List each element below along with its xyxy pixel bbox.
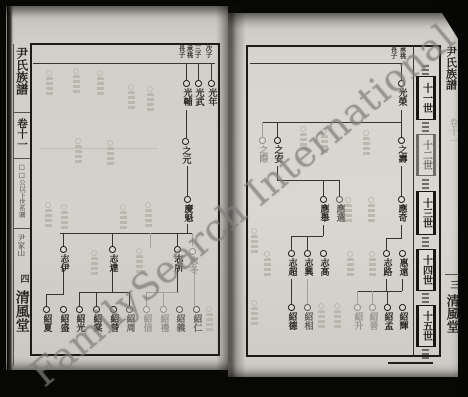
person-name: 紹升 xyxy=(353,312,362,330)
person-name: 志冬 xyxy=(188,256,197,274)
person-node: 應奇 xyxy=(393,196,409,226)
hall-name: 清風堂 xyxy=(444,294,458,333)
bleed-through-text xyxy=(72,68,80,95)
person-circle-icon xyxy=(288,304,295,311)
person-node: 應舉 xyxy=(315,196,331,226)
person-node: 紹義 xyxy=(171,306,187,336)
person-circle-icon xyxy=(336,196,343,203)
person-circle-icon xyxy=(160,306,167,313)
connector-line xyxy=(186,63,187,80)
hall-name: 清風堂 xyxy=(14,290,29,332)
person-circle-icon xyxy=(288,250,295,257)
gen-box-annotation xyxy=(422,65,429,75)
connector-line xyxy=(386,279,387,291)
person-node: 紹光 xyxy=(71,306,87,336)
bleed-through-text xyxy=(127,84,135,111)
connector-line xyxy=(307,236,308,250)
person-name: 紹仁 xyxy=(192,314,201,332)
person-name: 應奇 xyxy=(397,204,406,222)
bleed-through-text xyxy=(144,202,152,229)
person-node: 紹棠 xyxy=(88,306,104,336)
generation-column-divider xyxy=(413,47,414,355)
connector-line xyxy=(323,180,324,196)
sibling-rail xyxy=(60,233,192,234)
relation-label: 三子 xyxy=(194,45,201,58)
person-name: 慶魁 xyxy=(183,204,192,222)
spine-subtitle: □□公以下世系圖 xyxy=(18,163,25,218)
person-circle-icon xyxy=(304,250,311,257)
person-circle-icon xyxy=(109,246,116,253)
connector-line xyxy=(262,122,263,137)
person-name: 紹周 xyxy=(125,314,134,332)
connector-line xyxy=(192,233,193,246)
spine-section-mark xyxy=(13,228,30,229)
relation-label: 長子 xyxy=(178,45,185,58)
person-circle-icon xyxy=(208,80,215,87)
person-node: 之元 xyxy=(177,138,193,168)
person-circle-icon xyxy=(398,80,405,87)
sibling-rail xyxy=(357,291,402,292)
person-name: 之際 xyxy=(258,145,267,163)
connector-line xyxy=(401,110,402,122)
person-name: 志伊 xyxy=(59,254,68,272)
person-circle-icon xyxy=(399,304,406,311)
person-circle-icon xyxy=(60,306,67,313)
right-page-number: 三 xyxy=(448,280,457,289)
top-rule xyxy=(33,63,215,64)
person-node: 紹曾 xyxy=(105,306,121,336)
sibling-rail xyxy=(386,238,402,239)
person-node: 志達 xyxy=(104,246,120,276)
person-circle-icon xyxy=(184,196,191,203)
person-circle-icon xyxy=(183,80,190,87)
person-name: 紹棠 xyxy=(92,314,101,332)
spine-section-mark xyxy=(445,274,458,275)
person-node: 紹夏 xyxy=(38,306,54,336)
person-name: 之壽 xyxy=(397,145,406,163)
person-name: 光武 xyxy=(194,88,203,106)
person-node: 紹升 xyxy=(349,304,365,334)
person-name: 應舉 xyxy=(319,204,328,222)
bleed-through-text xyxy=(205,306,213,333)
connector-line xyxy=(96,292,97,306)
generation-label: 十四世 xyxy=(416,249,436,291)
connector-line xyxy=(386,238,387,250)
bleed-through-text xyxy=(250,228,258,255)
person-circle-icon xyxy=(60,246,67,253)
connector-line xyxy=(186,110,187,138)
generation-label: 十一世 xyxy=(416,76,436,120)
place-name: 尹家山 xyxy=(17,234,25,257)
person-name: 志高 xyxy=(319,258,328,276)
bleed-through-text xyxy=(44,202,52,229)
connector-line xyxy=(211,63,212,80)
connector-line xyxy=(177,233,178,246)
connector-line xyxy=(198,63,199,80)
person-name: 之元 xyxy=(181,146,190,164)
sibling-rail xyxy=(262,122,402,123)
person-name: 志路 xyxy=(382,258,391,276)
person-circle-icon xyxy=(369,304,376,311)
generation-label: 十五世 xyxy=(416,305,436,347)
bleed-through-text xyxy=(250,300,258,327)
person-name: 志興 xyxy=(303,258,312,276)
person-circle-icon xyxy=(193,306,200,313)
book-gutter-shadow xyxy=(216,6,246,377)
person-node: 志超 xyxy=(283,250,299,280)
relation-label: 承祧 xyxy=(399,46,406,59)
relation-label: 承祧 xyxy=(186,45,193,58)
scan-corner-shadow xyxy=(434,0,468,55)
person-circle-icon xyxy=(383,250,390,257)
person-node: 之壽 xyxy=(393,137,409,167)
bleed-through-text xyxy=(263,251,271,278)
person-node: 紹德 xyxy=(283,304,299,334)
connector-line xyxy=(277,166,278,180)
person-name: 紹晉 xyxy=(368,312,377,330)
volume-label: 卷十一 xyxy=(16,118,27,150)
person-circle-icon xyxy=(189,248,196,255)
scan-edge xyxy=(462,0,468,397)
person-circle-icon xyxy=(143,306,150,313)
person-circle-icon xyxy=(93,306,100,313)
person-name: 之安 xyxy=(273,145,282,163)
left-page-number: 四 xyxy=(18,274,27,283)
person-circle-icon xyxy=(259,137,266,144)
connector-line xyxy=(401,122,402,137)
bleed-through-text xyxy=(135,248,143,275)
gen-box-annotation xyxy=(422,237,429,247)
connector-line xyxy=(112,233,113,246)
connector-line xyxy=(291,236,292,250)
person-circle-icon xyxy=(399,250,406,257)
bottom-rule xyxy=(388,362,433,364)
person-circle-icon xyxy=(320,250,327,257)
bleed-through-text xyxy=(96,70,104,97)
person-name: 紹禮 xyxy=(159,314,168,332)
connector-line xyxy=(163,292,164,306)
person-circle-icon xyxy=(76,306,83,313)
bleed-through-text xyxy=(119,204,127,231)
connector-line xyxy=(146,292,147,306)
person-name: 紹曾 xyxy=(109,314,118,332)
person-circle-icon xyxy=(320,196,327,203)
person-circle-icon xyxy=(176,306,183,313)
bleed-through-text xyxy=(60,204,68,231)
person-node: 紹盛 xyxy=(55,306,71,336)
person-circle-icon xyxy=(110,306,117,313)
person-node: 紹晉 xyxy=(364,304,380,334)
connector-line xyxy=(401,166,402,196)
connector-line xyxy=(401,225,402,238)
gen-box-annotation xyxy=(422,349,429,359)
connector-line xyxy=(339,180,340,196)
bleed-through-text xyxy=(90,250,98,277)
connector-line xyxy=(323,225,324,236)
person-circle-icon xyxy=(354,304,361,311)
connector-line xyxy=(46,294,47,306)
generation-label: 十二世 xyxy=(416,134,436,176)
person-node: 志高 xyxy=(315,250,331,280)
person-node: 紹相 xyxy=(299,304,315,334)
volume-label: 卷十一 xyxy=(447,118,456,145)
person-node: 之際 xyxy=(254,137,270,167)
relation-label: 次子 xyxy=(205,45,212,58)
person-name: 志所 xyxy=(173,254,182,272)
bleed-through-text xyxy=(74,138,82,165)
person-node: 志伊 xyxy=(55,246,71,276)
person-name: 紹輝 xyxy=(398,312,407,330)
person-node: 紹信 xyxy=(138,306,154,336)
connector-line xyxy=(372,291,373,304)
book-title: 尹氏族譜 xyxy=(15,47,28,95)
person-node: 志路 xyxy=(378,250,394,280)
person-node: 紹仁 xyxy=(188,306,204,336)
spine-section-mark xyxy=(13,112,30,113)
person-node: 慶魁 xyxy=(179,196,195,226)
generation-label: 十三世 xyxy=(416,191,436,235)
person-circle-icon xyxy=(195,80,202,87)
bleed-through-text xyxy=(367,197,375,224)
person-name: 應選 xyxy=(335,204,344,222)
connector-line xyxy=(150,233,151,248)
connector-line xyxy=(307,279,308,304)
connector-line xyxy=(357,291,358,304)
connector-line xyxy=(277,122,278,137)
person-node: 志所 xyxy=(169,246,185,276)
person-name: 惠遠 xyxy=(398,258,407,276)
connector-line xyxy=(187,166,188,196)
person-circle-icon xyxy=(126,306,133,313)
bleed-through-text xyxy=(320,128,328,155)
top-rule xyxy=(250,63,402,64)
bleed-through-text xyxy=(346,251,354,278)
person-node: 光年 xyxy=(203,80,219,110)
person-name: 志超 xyxy=(287,258,296,276)
person-node: 志興 xyxy=(299,250,315,280)
person-node: 紹孟 xyxy=(379,304,395,334)
connector-line xyxy=(401,63,402,80)
person-node: 光榮 xyxy=(393,80,409,110)
person-name: 紹相 xyxy=(303,312,312,330)
connector-line xyxy=(129,292,130,306)
gen-box-annotation xyxy=(422,293,429,303)
bleed-through-text xyxy=(333,303,341,330)
bleed-through-text xyxy=(299,126,307,153)
person-node: 紹周 xyxy=(121,306,137,336)
bleed-through-line xyxy=(40,148,158,149)
gen-box-annotation xyxy=(422,122,429,132)
bleed-through-text xyxy=(317,303,325,330)
person-circle-icon xyxy=(182,138,189,145)
person-name: 紹夏 xyxy=(42,314,51,332)
person-circle-icon xyxy=(174,246,181,253)
connector-line xyxy=(387,291,388,304)
person-node: 志冬 xyxy=(184,248,200,278)
person-circle-icon xyxy=(304,304,311,311)
person-node: 惠遠 xyxy=(394,250,410,280)
person-node: 之安 xyxy=(269,137,285,167)
person-name: 志達 xyxy=(108,254,117,272)
bleed-through-text xyxy=(45,70,53,97)
sibling-rail xyxy=(79,292,130,293)
bleed-through-text xyxy=(106,140,114,167)
person-circle-icon xyxy=(43,306,50,313)
relation-label: 長子 xyxy=(390,46,397,59)
person-name: 光榮 xyxy=(397,88,406,106)
connector-line xyxy=(79,292,80,306)
person-name: 紹義 xyxy=(175,314,184,332)
connector-line xyxy=(402,279,403,291)
person-node: 紹禮 xyxy=(155,306,171,336)
person-name: 紹信 xyxy=(142,314,151,332)
gen-box-annotation xyxy=(422,179,429,189)
sibling-rail xyxy=(46,294,64,295)
bleed-through-text xyxy=(146,86,154,113)
person-name: 紹盛 xyxy=(59,314,68,332)
bleed-through-text xyxy=(362,130,370,157)
person-name: 光年 xyxy=(207,88,216,106)
scanned-genealogy-spread: 尹氏族譜 卷十一 □□公以下世系圖 尹家山 四 清風堂 長子 承祧 三子 次子 … xyxy=(0,0,468,397)
person-circle-icon xyxy=(398,137,405,144)
connector-line xyxy=(291,279,292,304)
person-name: 紹孟 xyxy=(383,312,392,330)
person-circle-icon xyxy=(398,196,405,203)
sibling-rail xyxy=(277,180,339,181)
person-node: 應選 xyxy=(331,196,347,226)
bleed-through-text xyxy=(368,251,376,278)
person-name: 紹光 xyxy=(75,314,84,332)
spine-section-mark xyxy=(13,158,30,159)
person-name: 紹德 xyxy=(287,312,296,330)
person-circle-icon xyxy=(384,304,391,311)
person-circle-icon xyxy=(274,137,281,144)
connector-line xyxy=(63,233,64,246)
person-node: 紹輝 xyxy=(394,304,410,334)
